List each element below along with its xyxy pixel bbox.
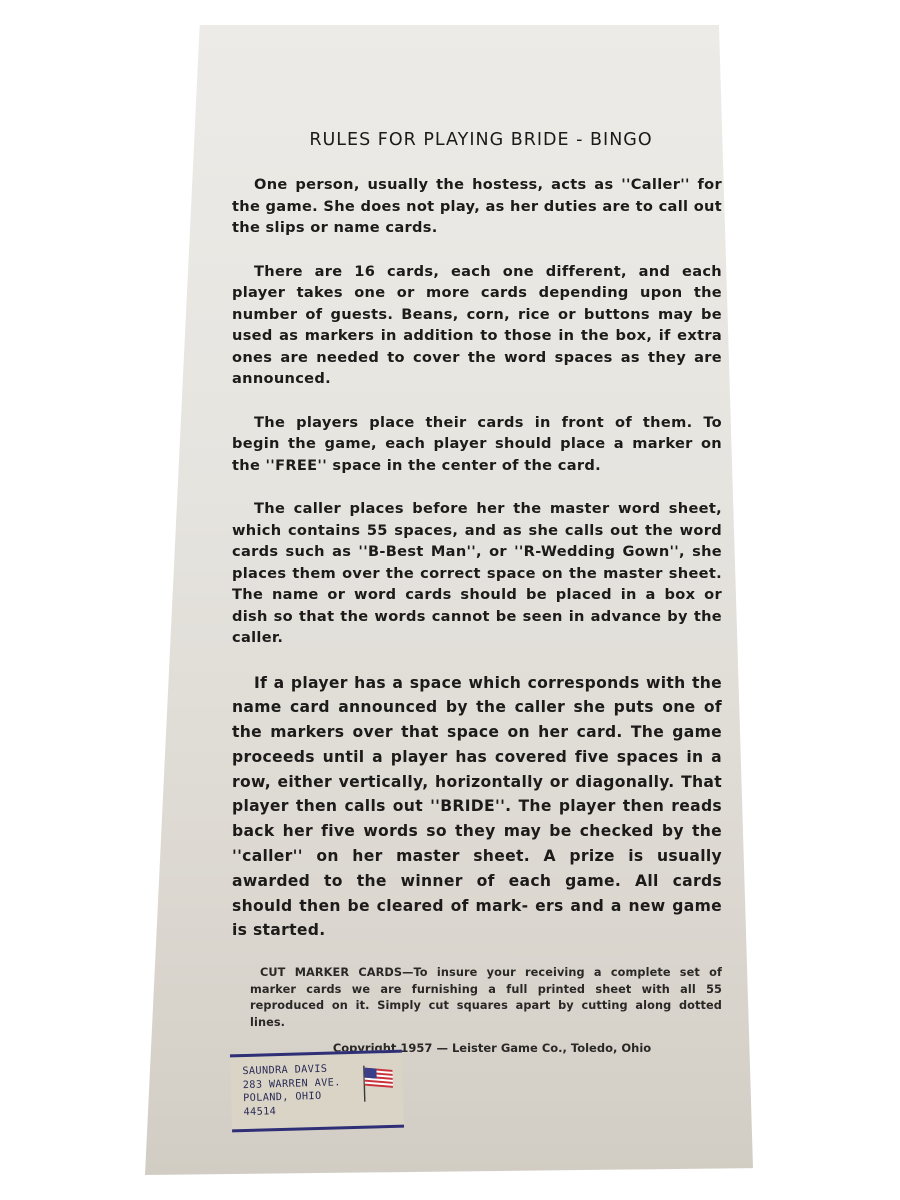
cut-marker-note: CUT MARKER CARDS—To insure your receivin… <box>232 965 722 1031</box>
american-flag-icon <box>362 1063 395 1104</box>
address-name: SAUNDRA DAVIS <box>242 1064 327 1077</box>
address-text: SAUNDRA DAVIS 283 WARREN AVE. POLAND, OH… <box>242 1062 341 1119</box>
address-street: 283 WARREN AVE. <box>243 1077 341 1091</box>
paragraph-master-sheet: The caller places before her the master … <box>232 498 722 649</box>
paragraph-winning: If a player has a space which correspond… <box>232 671 722 944</box>
address-zip: 44514 <box>243 1106 276 1118</box>
paragraph-cards: There are 16 cards, each one different, … <box>232 261 722 390</box>
document-title: RULES FOR PLAYING BRIDE - BINGO <box>232 130 722 150</box>
address-city: POLAND, OHIO <box>243 1091 322 1104</box>
paragraph-free-space: The players place their cards in front o… <box>232 412 722 477</box>
rules-content: RULES FOR PLAYING BRIDE - BINGO One pers… <box>232 130 722 1067</box>
paragraph-caller: One person, usually the hostess, acts as… <box>232 174 722 239</box>
address-label: SAUNDRA DAVIS 283 WARREN AVE. POLAND, OH… <box>230 1050 404 1133</box>
